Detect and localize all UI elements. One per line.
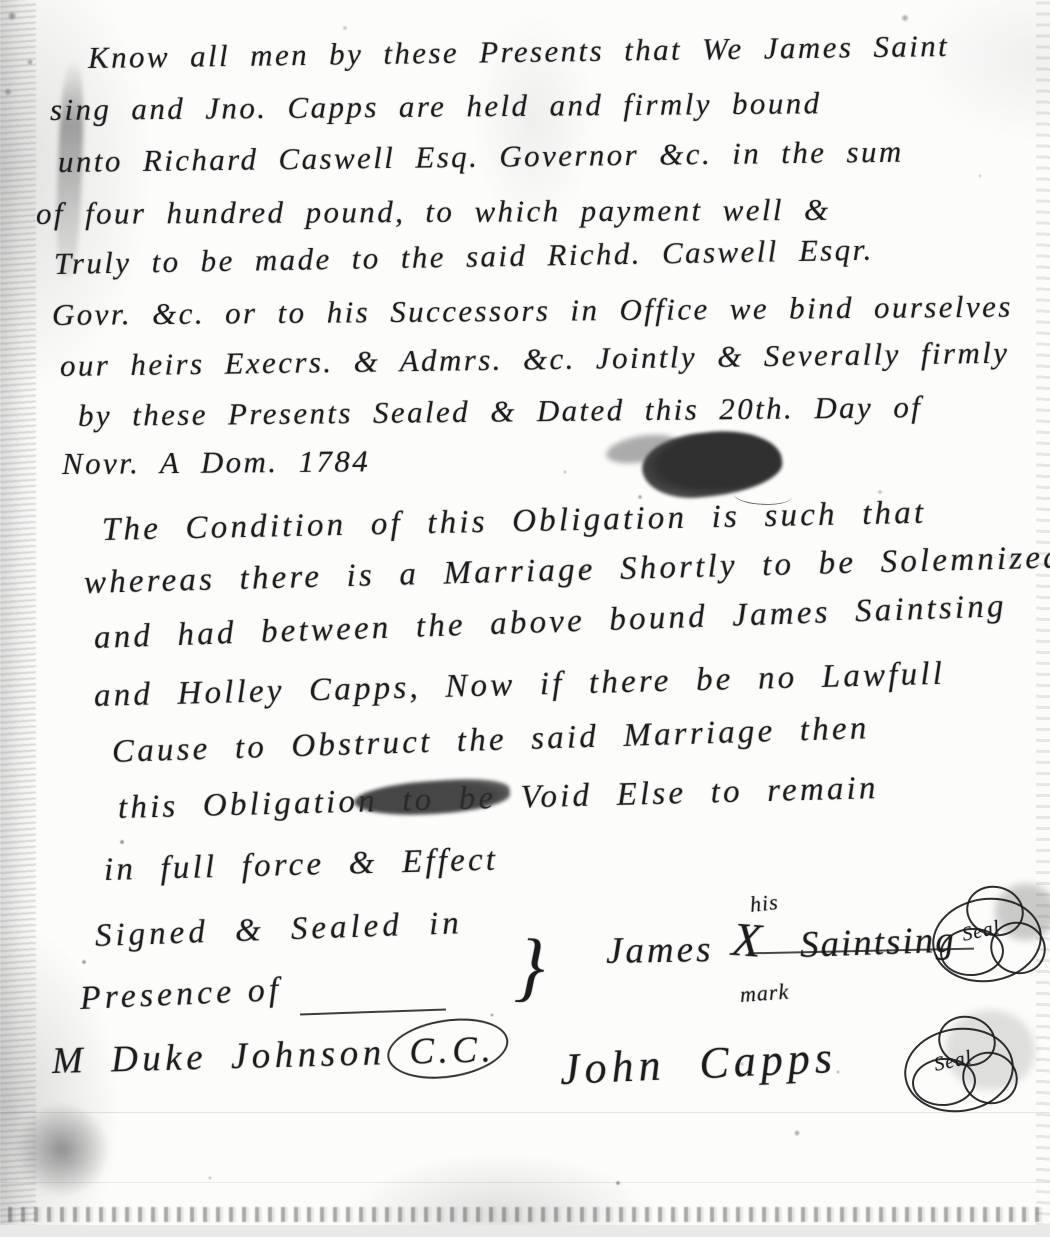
condition-line: in full force & Effect [104, 842, 499, 889]
bond-line: our heirs Execrs. & Admrs. &c. Jointly &… [60, 335, 1010, 384]
condition-line: and Holley Capps, Now if there be no Law… [94, 656, 946, 715]
flourish-dash [300, 1008, 446, 1015]
condition-line: The Condition of this Obligation is such… [102, 495, 927, 549]
scanner-background [0, 1225, 1050, 1237]
bond-line: Know all men by these Presents that We J… [88, 28, 950, 76]
scan-edge-bottom [8, 1207, 1046, 1222]
condition-line: and had between the above bound James Sa… [93, 588, 1007, 657]
bond-line: by these Presents Sealed & Dated this 20… [78, 389, 923, 434]
mark-label-mark: mark [739, 979, 790, 1008]
witness-signature: M Duke Johnson C.C. [51, 1028, 495, 1083]
attestation-presence-line: Presence of [79, 971, 283, 1018]
signer-john-capps: John Capps [559, 1032, 838, 1095]
ink-blot [606, 428, 786, 503]
seal-flourish-saintsing: Seal [930, 886, 1050, 988]
scan-edge-left [0, 0, 36, 1237]
witness-suffix-flourish: C.C. [409, 1028, 496, 1073]
bond-line: unto Richard Caswell Esq. Governor &c. i… [58, 134, 904, 180]
flourish-oval [384, 1011, 513, 1086]
paper-crease [0, 1112, 1050, 1113]
bond-line: of four hundred pound, to which payment … [36, 192, 831, 232]
attestation-signed-line: Signed & Sealed in [94, 905, 463, 955]
signature-x-mark: X [730, 912, 763, 969]
paper-crease [0, 1182, 1050, 1183]
attestation-brace: } [513, 922, 546, 1012]
bond-line: Govr. &c. or to his Successors in Office… [52, 289, 1013, 333]
signer-given-name: James [606, 928, 714, 973]
bond-line-date: Novr. A Dom. 1784 [62, 443, 371, 482]
condition-line: Cause to Obstruct the said Marriage then [111, 710, 870, 771]
scanned-marriage-bond-page: Know all men by these Presents that We J… [0, 0, 1050, 1237]
seal-flourish-capps: Seal [902, 1016, 1024, 1118]
bond-line: sing and Jno. Capps are held and firmly … [50, 85, 822, 128]
scan-edge-right [1036, 0, 1050, 1237]
witness-name: M Duke Johnson [51, 1032, 386, 1082]
bond-line: Truly to be made to the said Richd. Casw… [54, 232, 874, 282]
